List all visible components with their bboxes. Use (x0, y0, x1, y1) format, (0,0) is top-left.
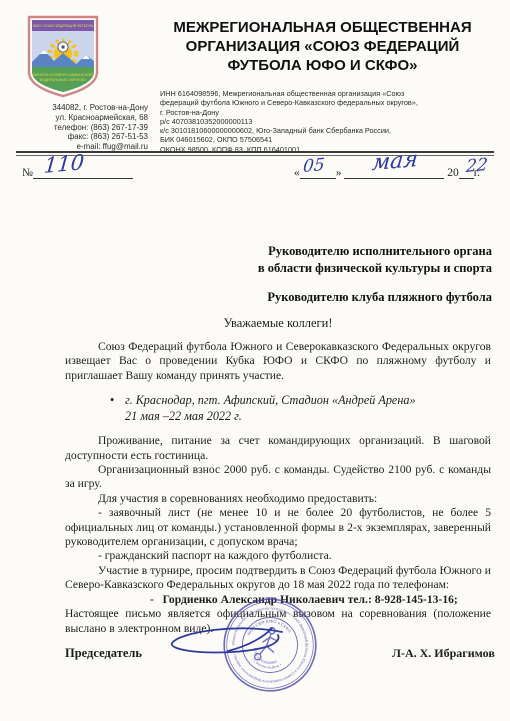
paragraph-requirements: Для участия в соревнованиях необходимо п… (65, 492, 491, 506)
org-title-line: МЕЖРЕГИОНАЛЬНАЯ ОБЩЕСТВЕННАЯ (145, 18, 500, 37)
ref-number-label: № (22, 167, 33, 179)
bank-line: БИК 046015602, ОКПО 57506541 (160, 135, 495, 144)
bank-line: федераций футбола Южного и Северо-Кавказ… (160, 98, 495, 107)
date-quote-close: » (336, 167, 342, 179)
bank-line: г. Ростов-на-Дону (160, 108, 495, 117)
handwritten-month: мая (371, 147, 419, 176)
paragraph-fee: Организационный взнос 2000 руб. с команд… (65, 463, 491, 492)
bank-line: ИНН 6164098596, Межрегиональная обществе… (160, 89, 495, 98)
contact-line: факс: (863) 267-51-53 (6, 132, 148, 142)
crest-bottom-text-1: ЮЖНОГО И СЕВЕРО-КАВКАЗСКОГО (32, 73, 95, 77)
signer-position: Председатель (65, 646, 142, 661)
contact-line: 344082, г. Ростов-на-Дону (6, 103, 148, 113)
date-year-prefix: 20 (447, 167, 459, 179)
letter-page: ЮЖНОГО И СЕВЕРО-КАВКАЗСКОГО ФЕДЕРАЛЬНЫХ … (0, 0, 510, 721)
handwritten-signature (168, 624, 286, 668)
org-title-line: ОРГАНИЗАЦИЯ «СОЮЗ ФЕДЕРАЦИЙ (145, 37, 500, 56)
addressee-line: Руководителю клуба пляжного футбола (172, 289, 492, 306)
dash: - (150, 593, 154, 606)
contact-line: телефон: (863) 267-17-39 (6, 123, 148, 133)
bank-line: р/с 40703810352000000113 (160, 117, 495, 126)
venue-line: г. Краснодар, пгт. Афипский, Стадион «Ан… (125, 392, 491, 408)
bank-details-block: ИНН 6164098596, Межрегиональная обществе… (160, 89, 495, 154)
football-patch (61, 45, 64, 48)
salutation: Уважаемые коллеги! (65, 316, 491, 331)
venue-line: 21 мая –22 мая 2022 г. (125, 408, 491, 424)
bank-line: к/с 30101810600000000602, Юго-Западный б… (160, 126, 495, 135)
addressee-block: Руководителю исполнительного органа в об… (172, 243, 492, 306)
handwritten-day: 05 (302, 155, 325, 177)
crest-top-text: МОО «СОЮЗ ФЕДЕРАЦИЙ ФУТБОЛА (33, 24, 94, 28)
paragraph-lodging: Проживание, питание за счет командирующи… (65, 434, 491, 463)
contact-line: ул. Красноармейская, 68 (6, 113, 148, 123)
contact-block: 344082, г. Ростов-на-Дону ул. Красноарме… (6, 103, 148, 152)
org-title: МЕЖРЕГИОНАЛЬНАЯ ОБЩЕСТВЕННАЯ ОРГАНИЗАЦИЯ… (145, 18, 500, 76)
org-crest-logo: ЮЖНОГО И СЕВЕРО-КАВКАЗСКОГО ФЕДЕРАЛЬНЫХ … (24, 12, 102, 100)
venue-list-item: • г. Краснодар, пгт. Афипский, Стадион «… (125, 392, 491, 424)
header-divider (16, 151, 494, 156)
handwritten-year: 22 (465, 155, 488, 177)
crest-bottom-text-2: ФЕДЕРАЛЬНЫХ ОКРУГОВ» (40, 78, 87, 82)
addressee-line: Руководителю исполнительного органа (172, 243, 492, 260)
paragraph-invitation: Союз Федераций футбола Южного и Северока… (65, 340, 491, 383)
addressee-line: в области физической культуры и спорта (172, 260, 492, 277)
org-title-line: ФУТБОЛА ЮФО И СКФО» (145, 56, 500, 75)
handwritten-ref-number: 110 (43, 150, 85, 178)
signer-name: Л-А. Х. Ибрагимов (392, 646, 495, 661)
list-item-passport: - гражданский паспорт на каждого футболи… (65, 549, 491, 563)
bullet-icon: • (110, 392, 114, 408)
list-item-application: - заявочный лист (не менее 10 и не более… (65, 506, 491, 549)
